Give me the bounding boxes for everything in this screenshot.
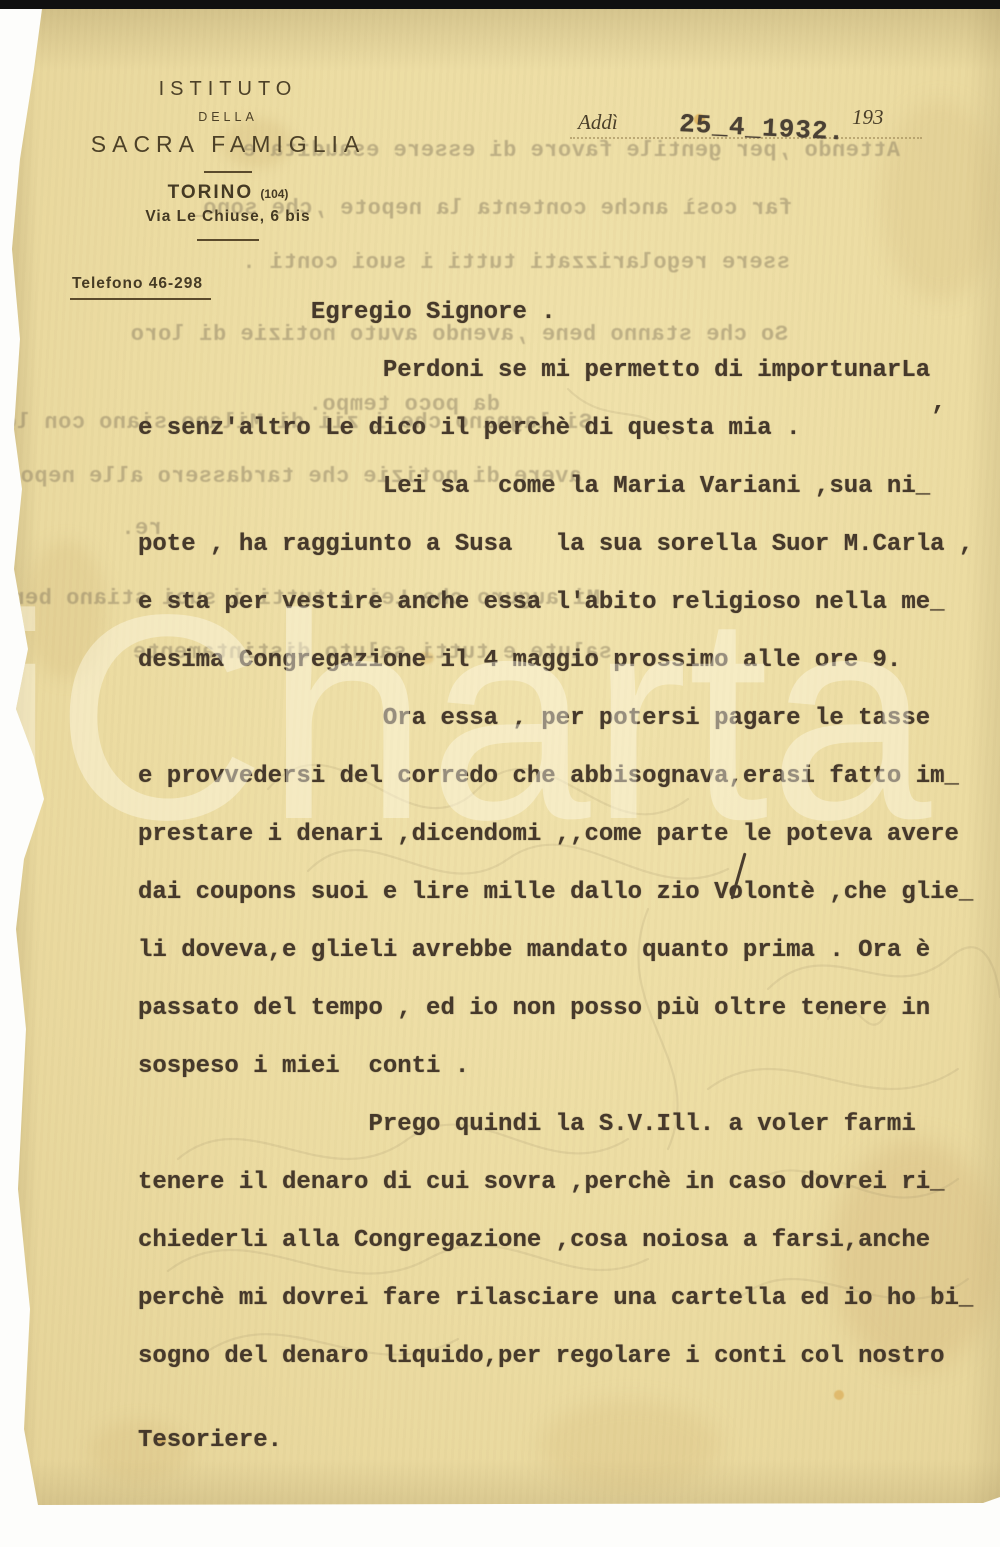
city-number: (104) bbox=[260, 187, 288, 201]
scanned-letter-page: Attendo ,per gentile favore di essere es… bbox=[0, 0, 1000, 1547]
letter-line: perchè mi dovrei fare rilasciare una car… bbox=[138, 1270, 1000, 1328]
letterhead-rule bbox=[204, 171, 252, 173]
letter-line: Ora essa , per potersi pagare le tasse bbox=[138, 690, 1000, 748]
letter-line: e senz'altro Le dico il perchè di questa… bbox=[138, 400, 1000, 458]
letter-line: passato del tempo , ed io non posso più … bbox=[138, 980, 1000, 1038]
stain bbox=[26, 540, 106, 680]
letter-line: Prego quindi la S.V.Ill. a voler farmi bbox=[138, 1096, 1000, 1154]
letter-line: li doveva,e glieli avrebbe mandato quant… bbox=[138, 922, 1000, 980]
letter-line: e provvedersi del corredo che abbisognav… bbox=[138, 748, 1000, 806]
letter-line: Perdoni se mi permetto di importunarLa bbox=[138, 342, 1000, 400]
typed-date: 25_4_1932. bbox=[678, 109, 845, 148]
letter-line: prestare i denari ,dicendomi ,,come part… bbox=[138, 806, 1000, 864]
letter-line: tenere il denaro di cui sovra ,perchè in… bbox=[138, 1154, 1000, 1212]
letter-line: e sta per vestire anche essa l'abito rel… bbox=[138, 574, 1000, 632]
letterhead-sacra-famiglia: SACRA FAMIGLIA bbox=[60, 131, 396, 158]
letter-line: Tesoriere. bbox=[138, 1412, 1000, 1470]
scan-black-edge bbox=[0, 0, 1000, 9]
letter-line: sospeso i miei conti . bbox=[138, 1038, 1000, 1096]
letterhead: ISTITUTO DELLA SACRA FAMIGLIA TORINO (10… bbox=[60, 78, 396, 241]
letter-line: sogno del denaro liquido,per regolare i … bbox=[138, 1328, 1000, 1386]
date-printed-year-stub: 193 bbox=[852, 105, 884, 130]
letter-line: chiederli alla Congregazione ,cosa noios… bbox=[138, 1212, 1000, 1270]
letter-line: Lei sa come la Maria Variani ,sua ni_ bbox=[138, 458, 1000, 516]
letterhead-address: Via Le Chiuse, 6 bis bbox=[60, 208, 396, 226]
letter-body: Egregio Signore . Perdoni se mi permetto… bbox=[138, 284, 1000, 1470]
stray-comma-mark: , bbox=[931, 387, 947, 417]
letterhead-rule bbox=[197, 239, 259, 241]
letter-line: dai coupons suoi e lire mille dallo zio … bbox=[138, 864, 1000, 922]
letter-line: pote , ha raggiunto a Susa la sua sorell… bbox=[138, 516, 1000, 574]
bleedthrough-line: ssere regolarizzati tutti i suoi conti . bbox=[242, 250, 790, 275]
letter-paper: Attendo ,per gentile favore di essere es… bbox=[8, 9, 1000, 1505]
letterhead-city: TORINO (104) bbox=[60, 182, 396, 204]
city-name: TORINO bbox=[168, 182, 254, 203]
date-printed-prefix: Addì bbox=[578, 110, 618, 135]
letterhead-istituto: ISTITUTO bbox=[60, 78, 396, 101]
letter-line: desima Congregazione il 4 maggio prossim… bbox=[138, 632, 1000, 690]
letterhead-della: DELLA bbox=[60, 110, 396, 124]
letter-line: Egregio Signore . bbox=[138, 284, 1000, 342]
